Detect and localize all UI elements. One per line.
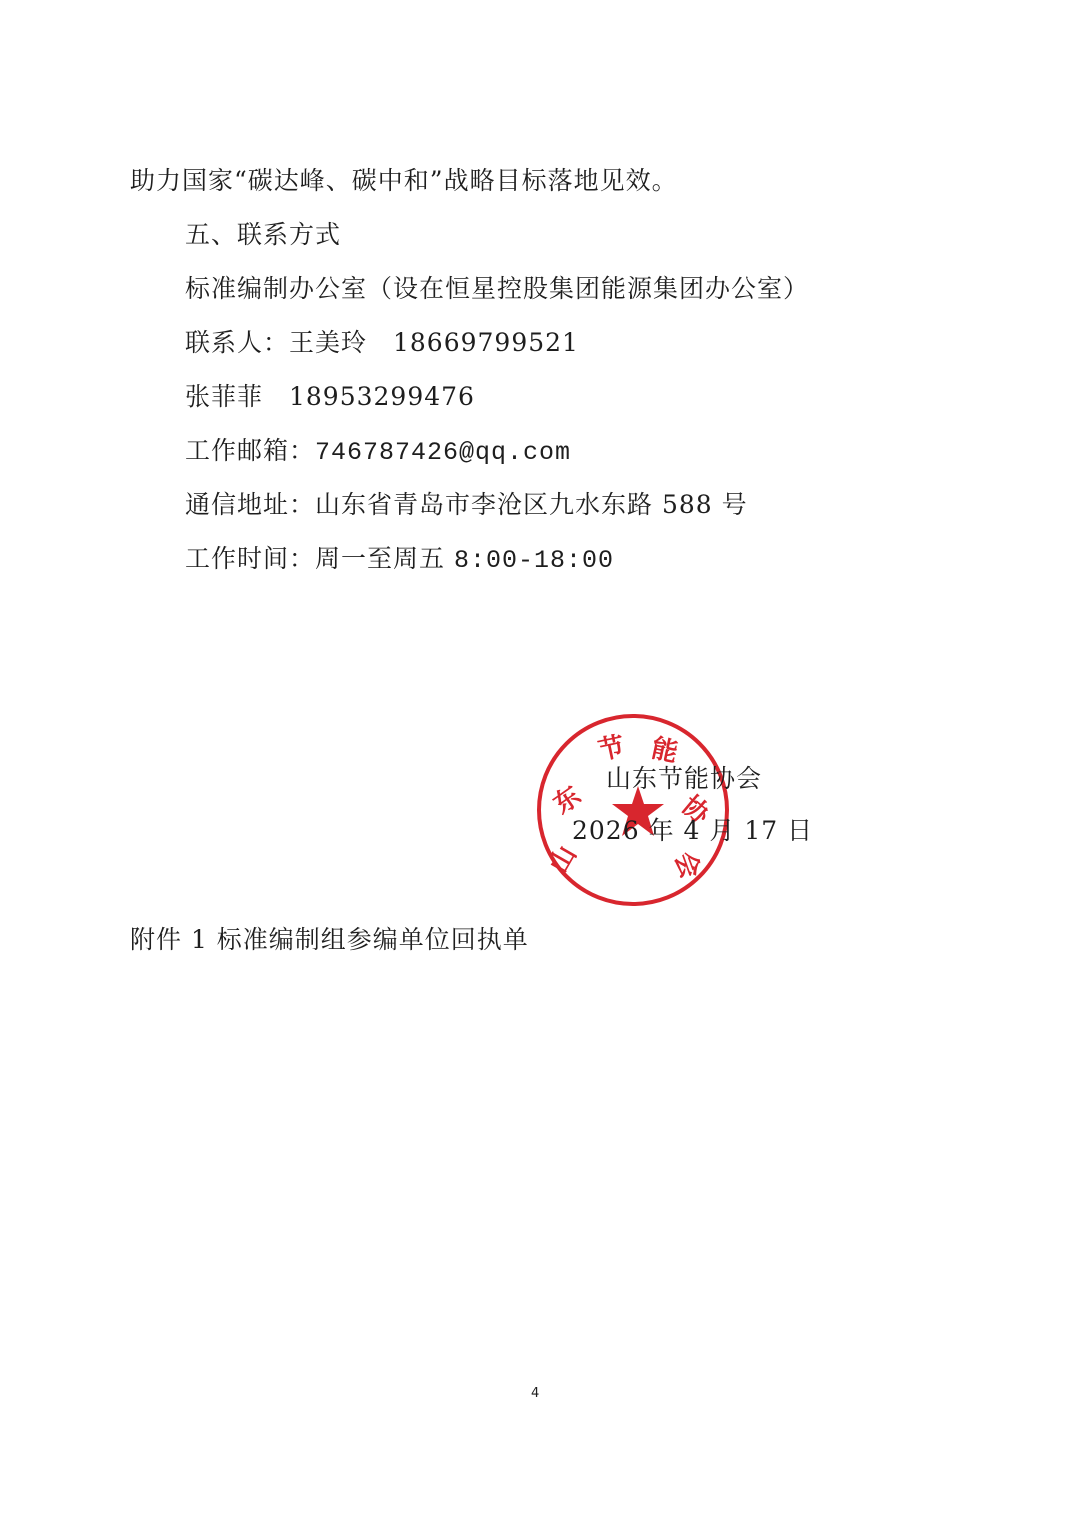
page-number: 4 — [531, 1386, 539, 1401]
office-line: 标准编制办公室（设在恒星控股集团能源集团办公室） — [185, 274, 809, 304]
contact-line-2: 张菲菲 18953299476 — [185, 382, 475, 412]
signature-organization: 山东节能协会 — [606, 764, 762, 794]
address-line: 通信地址：山东省青岛市李沧区九水东路 588 号 — [185, 490, 748, 520]
hours-label: 工作时间：周一至周五 — [185, 544, 454, 573]
email-label: 工作邮箱： — [185, 436, 315, 465]
hours-value: 8:00-18:00 — [454, 546, 614, 575]
signature-date: 2026 年 4 月 17 日 — [572, 816, 813, 846]
section-heading: 五、联系方式 — [185, 220, 341, 250]
contact-line-1: 联系人：王美玲 18669799521 — [185, 328, 579, 358]
paragraph-continuation: 助力国家“碳达峰、碳中和”战略目标落地见效。 — [130, 166, 678, 196]
hours-line: 工作时间：周一至周五 8:00-18:00 — [185, 544, 614, 576]
email-line: 工作邮箱：746787426@qq.com — [185, 436, 571, 468]
email-value: 746787426@qq.com — [315, 438, 571, 467]
attachment-note: 附件 1 标准编制组参编单位回执单 — [130, 925, 529, 955]
